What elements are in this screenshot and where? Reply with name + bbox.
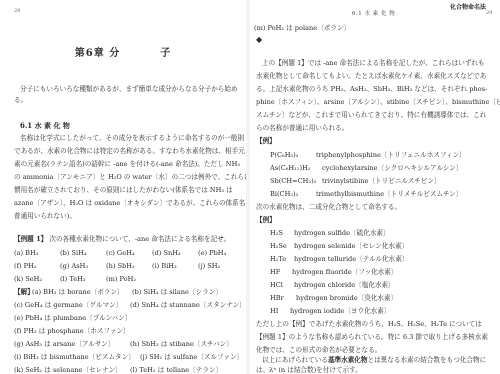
example-text: 次の各種水素化物について、-ane 命名法による名称を記せ。 xyxy=(49,235,230,243)
problem-row: (k) SeH₂(l) TeH₂(m) PoH₂ xyxy=(14,275,152,283)
problem-item: (b) SiH₄ xyxy=(60,249,106,257)
text: 以上にあげられている xyxy=(262,356,328,364)
answer-item: (f) PH₃ は phosphane〔ホスファン〕 xyxy=(14,327,130,335)
answer-item: (k) SeH₂ は selenane〔セレナン〕 xyxy=(14,366,130,374)
answer-item: (h) SbH₃ は stibane〔スチバン〕 xyxy=(130,340,233,348)
answer-row: (k) SeH₂ は selenane〔セレナン〕(l) TeH₂ は tell… xyxy=(14,366,222,374)
problem-item: (f) PH₃ xyxy=(14,262,60,270)
problem-item: (j) SH₂ xyxy=(198,262,244,270)
formula: HF xyxy=(270,268,292,276)
example-row: HFhydrogen fluoride〔フッ化水素〕 xyxy=(270,268,397,276)
answer-item: (a) BH₃ は borane〔ボラン〕 xyxy=(32,288,132,296)
answer-label: 【解】 xyxy=(14,288,32,296)
problem-item: (l) TeH₂ xyxy=(60,275,106,283)
problem-item: (m) PoH₂ xyxy=(106,275,152,283)
formula: HBr xyxy=(270,294,296,302)
problem-item: (e) PbH₄ xyxy=(198,249,244,257)
compound-name: hydrogen telluride〔テルル化水素〕 xyxy=(294,255,408,263)
problem-item: (d) SnH₄ xyxy=(152,249,198,257)
compound-name: hydrogen sulfide〔硫化水素〕 xyxy=(294,229,390,237)
compound-name: hydrogen iodide〔ヨウ化水素〕 xyxy=(290,307,390,315)
key-term: 基準水素化物 xyxy=(328,356,368,364)
answer-item: (e) PbH₄ は plumbane〔プルンバン〕 xyxy=(14,314,131,322)
section-heading: 6.1 水 素 化 物 xyxy=(20,122,70,130)
end-mark-icon: ◆ xyxy=(256,36,262,44)
compound-name: trimethylbismuthine〔トリメチルビスムチン〕 xyxy=(316,190,462,198)
body-line: phine〔ホスフィン〕、arsine〔アルシン〕、stibine〔スチビン〕、… xyxy=(256,98,500,106)
problem-item: (g) AsH₃ xyxy=(60,262,106,270)
page-number: 28 xyxy=(14,8,20,14)
body-line: 化物では、この形式の命名が必要となる。 xyxy=(256,346,381,354)
example-label: 【例題 1】 xyxy=(14,235,47,243)
body-line: 普通用いられない)。 xyxy=(14,212,76,220)
formula: HCl xyxy=(270,281,294,289)
body-line: の ammonia〔アンモニア〕と H₂O の water〔水〕の二つは例外で、… xyxy=(14,173,257,181)
book-title: 化合物命名法 xyxy=(450,2,486,11)
problem-row: (a) BH₃(b) SiH₄(c) GeH₄(d) SnH₄(e) PbH₄ xyxy=(14,249,244,257)
compound-name: triphenylphosphine〔トリフェニルホスフィン〕 xyxy=(316,151,466,159)
answer-item: (l) TeH₂ は tellane〔テラン〕 xyxy=(130,366,222,374)
text: とは異なる水素の結合数をもつ化合物に xyxy=(368,356,487,364)
chapter-title: 第6章 分子 xyxy=(0,44,246,59)
problem-item: (a) BH₃ xyxy=(14,249,60,257)
page-number: 29 xyxy=(486,10,492,16)
left-page: 28 第6章 分子 分子にもいろいろな種類があるが、まず簡単な成分からなる分子か… xyxy=(0,0,246,374)
intro-line: 分子にもいろいろな種類があるが、まず簡単な成分からなる分子から始め xyxy=(20,85,238,93)
compound-name: hydrogen chloride〔塩化水素〕 xyxy=(294,281,395,289)
example-row: Bi(CH₃)₃trimethylbismuthine〔トリメチルビスムチン〕 xyxy=(270,190,462,198)
example-row: HBrhydrogen bromide〔臭化水素〕 xyxy=(270,294,397,302)
problem-row: (f) PH₃(g) AsH₃(h) SbH₃(i) BiH₃(j) SH₂ xyxy=(14,262,244,270)
example-label: 【例】 xyxy=(256,216,276,224)
body-line: は、λⁿ (n は結合数)を付けて示す。 xyxy=(256,366,362,374)
formula: H₂Se xyxy=(270,242,294,250)
answer-item: (i) BiH₃ は bismuthane〔ビスムタン〕 xyxy=(14,353,140,361)
compound-name: cyclohexylarsine〔シクロヘキシルアルシン〕 xyxy=(322,164,462,172)
body-line: であるが、水素の化合物には特定の名称がある。すなわち水素化物は、相手元 xyxy=(14,147,245,155)
example-row: HClhydrogen chloride〔塩化水素〕 xyxy=(270,281,395,289)
problem-item: (i) BiH₃ xyxy=(152,262,198,270)
example-row: H₂Sehydrogen selenide〔セレン化水素〕 xyxy=(270,242,408,250)
answer-item: (j) SH₂ は sulfane〔スルファン〕 xyxy=(140,353,243,361)
answer-row: (g) AsH₃ は arsane〔アルサン〕(h) SbH₃ は stiban… xyxy=(14,340,233,348)
example-row: H₂Tehydrogen telluride〔テルル化水素〕 xyxy=(270,255,408,263)
answer-item: (c) GeH₄ は germane〔ゲルマン〕 xyxy=(14,301,130,309)
formula: Sb(CH=CH₂)₃ xyxy=(270,177,322,185)
answer-row: (c) GeH₄ は germane〔ゲルマン〕(d) SnH₄ は stann… xyxy=(14,301,246,309)
body-line: る。上記水素化物のうち PH₃、AsH₃、SbH₃、BiH₃ などは、それぞれ … xyxy=(256,85,487,93)
body-line: 慣用名が確立されており、その原則にはしたがわない(体系名では NH₃ は xyxy=(14,186,233,194)
body-line: 上の【例題 1】では -ane 命名法による名称を記したが、これらはいずれも xyxy=(262,59,485,67)
body-line: らの名称が普通に用いられる。 xyxy=(256,124,348,132)
body-line: 素の元素名(ラテン語名)の語幹に -ane を付ける(-ane 命名法)。ただし… xyxy=(14,160,240,168)
answer-item: (g) AsH₃ は arsane〔アルサン〕 xyxy=(14,340,130,348)
problem-item: (k) SeH₂ xyxy=(14,275,60,283)
example-row: Sb(CH=CH₂)₃trivinylstibine〔トリビニルスチビン〕 xyxy=(270,177,441,185)
answer-item: (b) SiH₄ は silane〔シラン〕 xyxy=(132,288,222,296)
body-line: 【例題 1】のような名称も認められている。特に 6.3 節で取り上げる多核水素 xyxy=(256,333,488,341)
problem-item: (h) SbH₃ xyxy=(106,262,152,270)
body-line: 水素化物として命名してもよい。たとえば水素化ケイ素、水素化スズなどであ xyxy=(256,72,486,80)
example-heading: 【例題 1】 次の各種水素化物について、-ane 命名法による名称を記せ。 xyxy=(14,235,230,243)
body-line: azane〔アザン〕、H₂O は oxidane〔オキシダン〕であるが、これらの… xyxy=(14,199,252,207)
body-line: 以上にあげられている基準水素化物とは異なる水素の結合数をもつ化合物に xyxy=(262,356,486,364)
formula: Bi(CH₃)₃ xyxy=(270,190,316,198)
answer-row: 【解】(a) BH₃ は borane〔ボラン〕(b) SiH₄ は silan… xyxy=(14,288,222,296)
formula: P(C₆H₅)₃ xyxy=(270,151,316,159)
body-line: スムチン〕などが、これまで用いられてきており、特に有機誘導体では、これ xyxy=(256,111,486,119)
compound-name: trivinylstibine〔トリビニルスチビン〕 xyxy=(322,177,441,185)
binary-note: 次の水素化物は、二成分化合物として命名する。 xyxy=(256,203,401,211)
example-row: HIhydrogen iodide〔ヨウ化水素〕 xyxy=(270,307,390,315)
right-page: 化合物命名法 6.1 水 素 化 物 29 (m) PoH₂ は polane〔… xyxy=(250,0,500,374)
formula: HI xyxy=(270,307,290,315)
formula: As(C₆H₁₁)H₂ xyxy=(270,164,322,172)
intro-line: る。 xyxy=(14,96,27,104)
compound-name: hydrogen bromide〔臭化水素〕 xyxy=(296,294,397,302)
chapter-title-prefix: 第6章 分 xyxy=(75,48,120,59)
chapter-title-suffix: 子 xyxy=(160,48,171,59)
formula: H₂S xyxy=(270,229,294,237)
answer-row: (i) BiH₃ は bismuthane〔ビスムタン〕(j) SH₂ は su… xyxy=(14,353,243,361)
body-line: 名称は化学式にしたがって、その成分を表示するように命名するのが一般則 xyxy=(20,134,244,142)
answer-row: (e) PbH₄ は plumbane〔プルンバン〕 xyxy=(14,314,131,322)
body-line: ただし上の【例】であげた水素化物のうち、H₂S、H₂Se、H₂Te については xyxy=(256,320,482,328)
running-head: 6.1 水 素 化 物 xyxy=(352,9,395,17)
formula: H₂Te xyxy=(270,255,294,263)
example-row: H₂Shydrogen sulfide〔硫化水素〕 xyxy=(270,229,390,237)
answer-item: (d) SnH₄ は stannane〔スタンナン〕 xyxy=(130,301,246,309)
answer-m: (m) PoH₂ は polane〔ポラン〕 xyxy=(254,24,350,32)
compound-name: hydrogen selenide〔セレン化水素〕 xyxy=(294,242,408,250)
example-row: As(C₆H₁₁)H₂cyclohexylarsine〔シクロヘキシルアルシン〕 xyxy=(270,164,462,172)
problem-item: (c) GeH₄ xyxy=(106,249,152,257)
example-label: 【例】 xyxy=(256,137,276,145)
compound-name: hydrogen fluoride〔フッ化水素〕 xyxy=(292,268,397,276)
answer-row: (f) PH₃ は phosphane〔ホスファン〕 xyxy=(14,327,130,335)
example-row: P(C₆H₅)₃triphenylphosphine〔トリフェニルホスフィン〕 xyxy=(270,151,466,159)
